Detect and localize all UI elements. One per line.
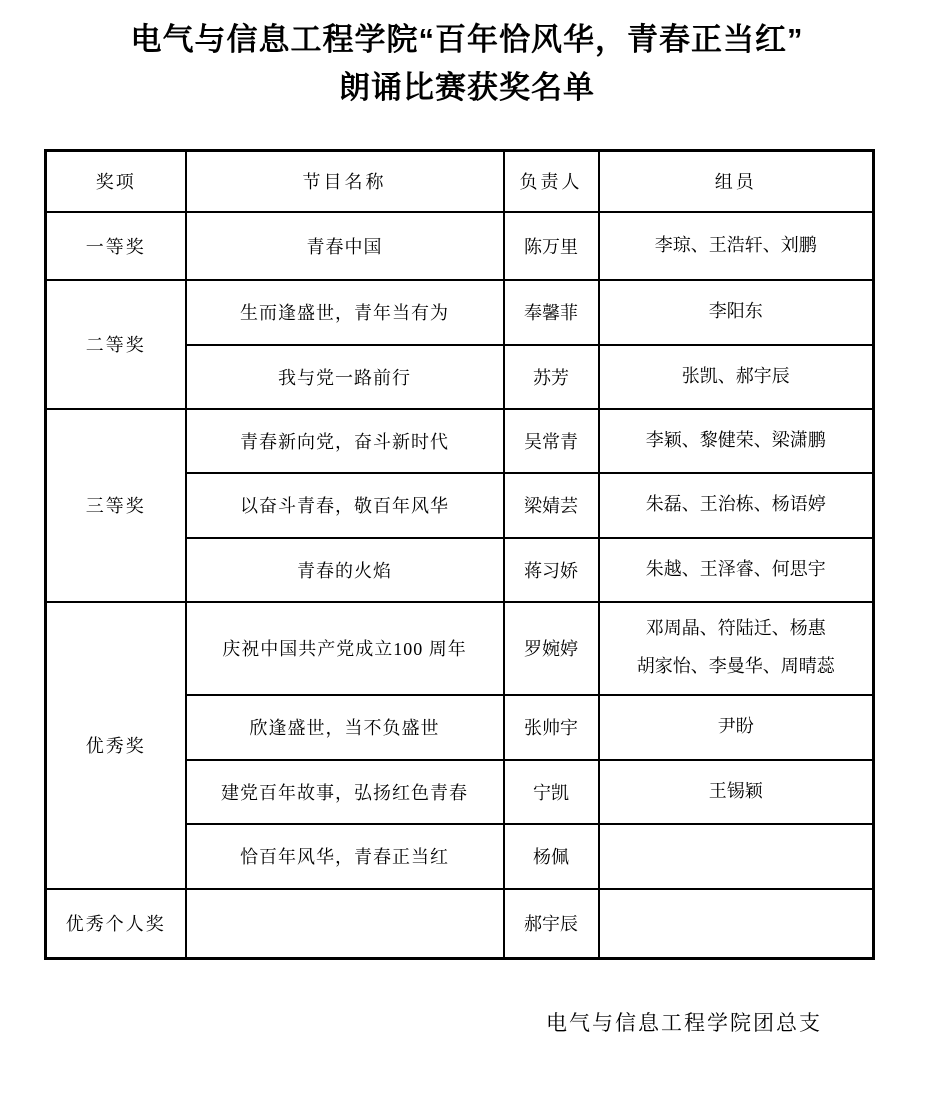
program-cell: 欣逢盛世，当不负盛世 xyxy=(186,695,504,760)
signature-line: 电气与信息工程学院团总支 xyxy=(0,1007,934,1037)
leader-cell: 苏芳 xyxy=(504,345,599,409)
award-table: 奖项 节目名称 负责人 组员 一等奖 青春中国 陈万里 李琼、王浩轩、刘鹏 二等… xyxy=(44,149,875,960)
table-row: 三等奖 青春新向党，奋斗新时代 吴常青 李颖、黎健荣、梁潇鹏 xyxy=(46,409,874,473)
award-cell-third-prize: 三等奖 xyxy=(46,409,186,602)
award-cell-individual-prize: 优秀个人奖 xyxy=(46,889,186,959)
program-cell: 我与党一路前行 xyxy=(186,345,504,409)
leader-cell: 杨佩 xyxy=(504,824,599,889)
program-cell: 以奋斗青春，敬百年风华 xyxy=(186,473,504,538)
table-row: 一等奖 青春中国 陈万里 李琼、王浩轩、刘鹏 xyxy=(46,212,874,280)
members-cell: 朱越、王泽睿、何思宇 xyxy=(599,538,874,602)
members-cell: 朱磊、王治栋、杨语婷 xyxy=(599,473,874,538)
document-page: 电气与信息工程学院“百年恰风华，青春正当红” 朗诵比赛获奖名单 奖项 节目名称 … xyxy=(0,0,934,1112)
document-title-line1: 电气与信息工程学院“百年恰风华，青春正当红” xyxy=(0,16,934,64)
document-title-line2: 朗诵比赛获奖名单 xyxy=(0,64,934,112)
members-cell xyxy=(599,889,874,959)
table-row: 二等奖 生而逢盛世，青年当有为 奉馨菲 李阳东 xyxy=(46,280,874,345)
document-title: 电气与信息工程学院“百年恰风华，青春正当红” 朗诵比赛获奖名单 xyxy=(0,0,934,112)
award-cell-first-prize: 一等奖 xyxy=(46,212,186,280)
members-cell: 王锡颖 xyxy=(599,760,874,824)
members-cell xyxy=(599,824,874,889)
leader-cell: 罗婉婷 xyxy=(504,602,599,695)
members-cell: 李颖、黎健荣、梁潇鹏 xyxy=(599,409,874,473)
header-leader: 负责人 xyxy=(504,151,599,212)
program-cell: 恰百年风华，青春正当红 xyxy=(186,824,504,889)
leader-cell: 奉馨菲 xyxy=(504,280,599,345)
header-program: 节目名称 xyxy=(186,151,504,212)
members-cell: 邓周晶、符陆迁、杨惠 胡家怡、李曼华、周晴蕊 xyxy=(599,602,874,695)
members-cell: 尹盼 xyxy=(599,695,874,760)
program-cell: 青春的火焰 xyxy=(186,538,504,602)
leader-cell: 梁婧芸 xyxy=(504,473,599,538)
leader-cell: 郝宇辰 xyxy=(504,889,599,959)
program-cell: 生而逢盛世，青年当有为 xyxy=(186,280,504,345)
members-cell: 李阳东 xyxy=(599,280,874,345)
award-cell-excellence-prize: 优秀奖 xyxy=(46,602,186,889)
members-cell: 张凯、郝宇辰 xyxy=(599,345,874,409)
header-members: 组员 xyxy=(599,151,874,212)
table-header-row: 奖项 节目名称 负责人 组员 xyxy=(46,151,874,212)
leader-cell: 吴常青 xyxy=(504,409,599,473)
program-cell: 青春新向党，奋斗新时代 xyxy=(186,409,504,473)
program-cell: 庆祝中国共产党成立100 周年 xyxy=(186,602,504,695)
leader-cell: 宁凯 xyxy=(504,760,599,824)
leader-cell: 张帅宇 xyxy=(504,695,599,760)
award-cell-second-prize: 二等奖 xyxy=(46,280,186,409)
table-row: 优秀奖 庆祝中国共产党成立100 周年 罗婉婷 邓周晶、符陆迁、杨惠 胡家怡、李… xyxy=(46,602,874,695)
header-award: 奖项 xyxy=(46,151,186,212)
program-cell xyxy=(186,889,504,959)
members-cell: 李琼、王浩轩、刘鹏 xyxy=(599,212,874,280)
program-cell: 青春中国 xyxy=(186,212,504,280)
program-cell: 建党百年故事，弘扬红色青春 xyxy=(186,760,504,824)
table-row: 优秀个人奖 郝宇辰 xyxy=(46,889,874,959)
leader-cell: 陈万里 xyxy=(504,212,599,280)
leader-cell: 蒋习娇 xyxy=(504,538,599,602)
